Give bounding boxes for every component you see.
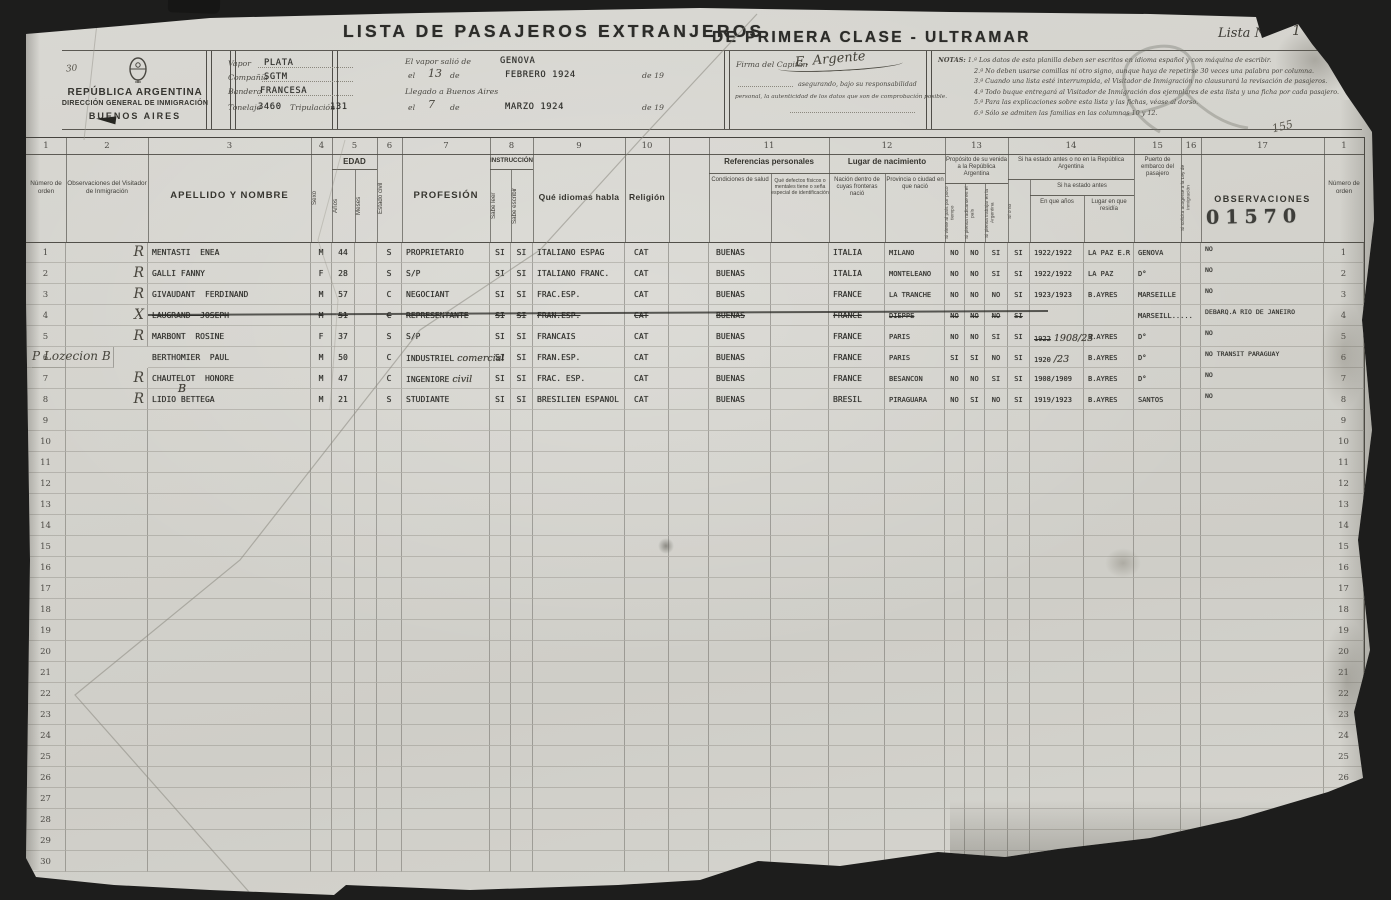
cell-name-row7: CHAUTELOT HONORE <box>148 368 311 389</box>
cell-idiomas-row18 <box>533 599 625 620</box>
cell-provincia-row12 <box>885 473 945 494</box>
cell-salud-row15 <box>709 536 771 557</box>
column-rule <box>1201 138 1202 242</box>
cell-puerto-row4: MARSEILL..... <box>1134 305 1181 326</box>
cell-prof-row11 <box>402 452 490 473</box>
cell-name-row13 <box>148 494 311 515</box>
cell-idiomas-row29 <box>533 830 625 851</box>
cell-civil-row2: S <box>377 263 402 284</box>
top-edge-tear <box>168 0 221 14</box>
cell-anios-row20 <box>1030 641 1084 662</box>
cell-obs-row3: NO <box>1201 284 1324 305</box>
cell-mark-row16 <box>66 557 148 578</box>
cell-anios-row25 <box>1030 746 1084 767</box>
handwritten-name-note: B <box>178 382 186 395</box>
cell-nacion-row29 <box>829 830 885 851</box>
cell-name-row3: GIVAUDANT FERDINAND <box>148 284 311 305</box>
cell-lugar-row18 <box>1084 599 1134 620</box>
header-si_o_no: Sí o no <box>1008 180 1030 242</box>
dotted-line <box>738 86 793 87</box>
cell-p3-row22 <box>985 683 1008 704</box>
cell-ley-row15 <box>1181 536 1201 557</box>
cell-nacion-row24 <box>829 725 885 746</box>
cell-religion-row28 <box>625 809 669 830</box>
header-puerto: Puerto de embarco del pasajero <box>1134 154 1181 242</box>
cell-anos-row15 <box>332 536 355 557</box>
header-p3: Si piensa trabajar en la Argentina <box>985 184 1008 242</box>
cell-provincia-row15 <box>885 536 945 557</box>
cell-escribir-row27 <box>511 788 533 809</box>
cell-anos-row11 <box>332 452 355 473</box>
cell-meses-row16 <box>355 557 377 578</box>
cell-p2-row14 <box>965 515 985 536</box>
cell-lugar-row15 <box>1084 536 1134 557</box>
cell-religion-row3: CAT <box>625 284 669 305</box>
cell-p2-row26 <box>965 767 985 788</box>
cell-defectos-row11 <box>771 452 829 473</box>
cell-obs-row23 <box>1201 704 1324 725</box>
cell-civil-row19 <box>377 620 402 641</box>
cell-puerto-row3: MARSEILLE <box>1134 284 1181 305</box>
cell-mark-row15 <box>66 536 148 557</box>
cell-ley-row22 <box>1181 683 1201 704</box>
cell-p3-row9 <box>985 410 1008 431</box>
dotted-line <box>790 112 915 113</box>
cell-lugar-row20 <box>1084 641 1134 662</box>
tonelaje-label: Tonelaje <box>228 103 261 112</box>
cell-obs-row14 <box>1201 515 1324 536</box>
cell-leer-row19 <box>490 620 511 641</box>
col-number: 6 <box>377 138 402 154</box>
cell-provincia-row10 <box>885 431 945 452</box>
cell-salud-row6: BUENAS <box>709 347 771 368</box>
col-number: 10 <box>625 138 669 154</box>
cell-escribir-row2: SI <box>511 263 533 284</box>
cell-gap-row12 <box>669 473 709 494</box>
cell-ley-row23 <box>1181 704 1201 725</box>
cell-lugar-row16 <box>1084 557 1134 578</box>
cell-leer-row23 <box>490 704 511 725</box>
cell-siono-row15 <box>1008 536 1030 557</box>
cell-gap-row21 <box>669 662 709 683</box>
cell-leer-row30 <box>490 851 511 872</box>
cell-gap-row26 <box>669 767 709 788</box>
cell-idiomas-row16 <box>533 557 625 578</box>
header-provincia: Provincia o ciudad en que nació <box>885 174 945 242</box>
cell-sexo-row7: M <box>311 368 332 389</box>
cell-name-row1: MENTASTI ENEA <box>148 242 311 263</box>
de-label: de <box>450 71 460 80</box>
cell-anos-row27 <box>332 788 355 809</box>
dotted-line <box>258 67 353 68</box>
cell-salud-row28 <box>709 809 771 830</box>
cell-anos-row29 <box>332 830 355 851</box>
cell-prof-row26 <box>402 767 490 788</box>
cell-ley-row7 <box>1181 368 1201 389</box>
column-rule <box>511 170 512 242</box>
cell-sexo-row11 <box>311 452 332 473</box>
cell-salud-row5: BUENAS <box>709 326 771 347</box>
cell-leer-row1: SI <box>490 242 511 263</box>
column-rule <box>1030 180 1031 242</box>
cell-mark-row20 <box>66 641 148 662</box>
col-number: 3 <box>148 138 311 154</box>
cell-provincia-row2: MONTELEANO <box>885 263 945 284</box>
salida-month: FEBRERO 1924 <box>505 70 576 80</box>
cell-siono-row22 <box>1008 683 1030 704</box>
cell-name-row18 <box>148 599 311 620</box>
cell-sexo-row29 <box>311 830 332 851</box>
cell-salud-row29 <box>709 830 771 851</box>
cell-idiomas-row9 <box>533 410 625 431</box>
cell-p2-row19 <box>965 620 985 641</box>
header-sexo: Sexo <box>311 154 332 242</box>
cell-sexo-row16 <box>311 557 332 578</box>
cell-religion-row1: CAT <box>625 242 669 263</box>
cell-name-row23 <box>148 704 311 725</box>
cell-p3-row8: NO <box>985 389 1008 410</box>
cell-leer-row21 <box>490 662 511 683</box>
cell-gap-row22 <box>669 683 709 704</box>
column-rule <box>965 184 966 242</box>
cell-p2-row3: NO <box>965 284 985 305</box>
cell-anios-row6: 1920/23 <box>1030 347 1084 368</box>
cell-p1-row22 <box>945 683 965 704</box>
cell-puerto-row30 <box>1134 851 1181 872</box>
cell-civil-row25 <box>377 746 402 767</box>
cell-anios-row21 <box>1030 662 1084 683</box>
column-rule <box>1008 138 1009 242</box>
col-number: 8 <box>490 138 533 154</box>
cell-sexo-row18 <box>311 599 332 620</box>
cell-prof-row12 <box>402 473 490 494</box>
header-idiomas: Qué idiomas habla <box>533 154 625 242</box>
cell-idiomas-row30 <box>533 851 625 872</box>
cell-civil-row4: C <box>377 305 402 326</box>
cell-p3-row7: SI <box>985 368 1008 389</box>
cell-mark-row18 <box>66 599 148 620</box>
cell-nacion-row20 <box>829 641 885 662</box>
cell-name-row14 <box>148 515 311 536</box>
column-rule <box>945 138 946 242</box>
cell-puerto-row22 <box>1134 683 1181 704</box>
cell-salud-row25 <box>709 746 771 767</box>
cell-sexo-row8: M <box>311 389 332 410</box>
notas-label: NOTAS: <box>938 56 966 64</box>
cell-anos-row18 <box>332 599 355 620</box>
cell-sexo-row25 <box>311 746 332 767</box>
cell-ley-row2 <box>1181 263 1201 284</box>
cell-p3-row24 <box>985 725 1008 746</box>
cell-prof-row6: INDUSTRIELcomercial <box>402 347 490 368</box>
col-number: 9 <box>533 138 625 154</box>
cell-sexo-row24 <box>311 725 332 746</box>
cell-mark-row5: R <box>66 326 148 347</box>
cell-lugar-row13 <box>1084 494 1134 515</box>
cell-idiomas-row12 <box>533 473 625 494</box>
cell-p1-row7: NO <box>945 368 965 389</box>
cell-salud-row24 <box>709 725 771 746</box>
cell-meses-row21 <box>355 662 377 683</box>
cell-obs-row1: NO <box>1201 242 1324 263</box>
cell-lugar-row14 <box>1084 515 1134 536</box>
cell-religion-row24 <box>625 725 669 746</box>
column-rule <box>1084 196 1085 242</box>
cell-name-row16 <box>148 557 311 578</box>
cell-ley-row9 <box>1181 410 1201 431</box>
cell-anios-row13 <box>1030 494 1084 515</box>
header-p2: Si piensa radicarse en el país <box>965 184 985 242</box>
cell-gap-row18 <box>669 599 709 620</box>
cell-p2-row4: NO <box>965 305 985 326</box>
cell-name-row27 <box>148 788 311 809</box>
divider-rule <box>724 51 730 129</box>
cell-lugar-row1: LA PAZ E.R <box>1084 242 1134 263</box>
cell-sexo-row14 <box>311 515 332 536</box>
cell-gap-row15 <box>669 536 709 557</box>
cell-idiomas-row20 <box>533 641 625 662</box>
header-estado_civil: Estado civil <box>377 154 402 242</box>
cell-civil-row20 <box>377 641 402 662</box>
cell-sexo-row2: F <box>311 263 332 284</box>
cell-anos-row12 <box>332 473 355 494</box>
cell-provincia-row7: BESANCON <box>885 368 945 389</box>
cell-civil-row8: S <box>377 389 402 410</box>
cell-obs-row2: NO <box>1201 263 1324 284</box>
cell-defectos-row10 <box>771 431 829 452</box>
column-rule <box>533 138 534 242</box>
cell-puerto-row12 <box>1134 473 1181 494</box>
cell-gap-row30 <box>669 851 709 872</box>
column-rule <box>490 138 491 242</box>
cell-puerto-row16 <box>1134 557 1181 578</box>
cell-idiomas-row2: ITALIANO FRANC. <box>533 263 625 284</box>
cell-sexo-row5: F <box>311 326 332 347</box>
cell-nacion-row15 <box>829 536 885 557</box>
cell-prof-row4: REPRESENTANTE <box>402 305 490 326</box>
cell-ley-row14 <box>1181 515 1201 536</box>
cell-gap-row29 <box>669 830 709 851</box>
cell-puerto-row25 <box>1134 746 1181 767</box>
el-label: el <box>408 71 415 80</box>
cell-meses-row18 <box>355 599 377 620</box>
cell-name-row17 <box>148 578 311 599</box>
cell-ley-row12 <box>1181 473 1201 494</box>
cell-prof-row8: STUDIANTE <box>402 389 490 410</box>
cell-defectos-row9 <box>771 410 829 431</box>
lista-number-label: Lista Nº <box>1218 26 1272 41</box>
dotted-line <box>258 95 353 96</box>
cell-anios-row11 <box>1030 452 1084 473</box>
de19-label: de 19 <box>642 71 664 80</box>
cell-religion-row2: CAT <box>625 263 669 284</box>
salida-day: 13 <box>428 67 442 80</box>
cell-siono-row24 <box>1008 725 1030 746</box>
cell-puerto-row26 <box>1134 767 1181 788</box>
cell-leer-row10 <box>490 431 511 452</box>
cell-leer-row26 <box>490 767 511 788</box>
cell-siono-row4: SI <box>1008 305 1030 326</box>
cell-salud-row16 <box>709 557 771 578</box>
cell-nacion-row21 <box>829 662 885 683</box>
cell-p3-row11 <box>985 452 1008 473</box>
col-number: 14 <box>1008 138 1134 154</box>
cell-puerto-row14 <box>1134 515 1181 536</box>
cell-defectos-row14 <box>771 515 829 536</box>
cell-p2-row17 <box>965 578 985 599</box>
cell-p1-row10 <box>945 431 965 452</box>
cell-n-row27: 27 <box>1324 788 1364 809</box>
cell-anios-row1: 1922/1922 <box>1030 242 1084 263</box>
document-subtitle: DE PRIMERA CLASE - ULTRAMAR <box>712 29 1031 47</box>
cell-escribir-row15 <box>511 536 533 557</box>
cell-p1-row1: NO <box>945 242 965 263</box>
cell-name-row22 <box>148 683 311 704</box>
cell-escribir-row14 <box>511 515 533 536</box>
cell-leer-row24 <box>490 725 511 746</box>
cell-p3-row23 <box>985 704 1008 725</box>
cell-obs-row25 <box>1201 746 1324 767</box>
cell-ley-row3 <box>1181 284 1201 305</box>
column-rule <box>311 138 312 242</box>
cell-escribir-row22 <box>511 683 533 704</box>
cell-anos-row1: 44 <box>332 242 355 263</box>
cell-p3-row3: NO <box>985 284 1008 305</box>
cell-nacion-row26 <box>829 767 885 788</box>
cell-sexo-row1: M <box>311 242 332 263</box>
cell-lugar-row8: B.AYRES <box>1084 389 1134 410</box>
cell-idiomas-row17 <box>533 578 625 599</box>
cell-p1-row4: NO <box>945 305 965 326</box>
cell-ley-row18 <box>1181 599 1201 620</box>
cell-prof-row7: INGENIOREcivil <box>402 368 490 389</box>
header-en_que_anos: En que años <box>1030 196 1084 242</box>
cell-defectos-row21 <box>771 662 829 683</box>
cell-ley-row26 <box>1181 767 1201 788</box>
cell-p2-row24 <box>965 725 985 746</box>
cell-p2-row13 <box>965 494 985 515</box>
cell-provincia-row30 <box>885 851 945 872</box>
cell-defectos-row23 <box>771 704 829 725</box>
cell-anos-row9 <box>332 410 355 431</box>
llegada-month: MARZO 1924 <box>505 102 564 112</box>
cell-meses-row20 <box>355 641 377 662</box>
cell-sexo-row26 <box>311 767 332 788</box>
cell-gap-row13 <box>669 494 709 515</box>
cell-meses-row11 <box>355 452 377 473</box>
cell-mark-row24 <box>66 725 148 746</box>
col-number: 7 <box>402 138 490 154</box>
cell-civil-row24 <box>377 725 402 746</box>
cell-anios-row3: 1923/1923 <box>1030 284 1084 305</box>
cell-religion-row18 <box>625 599 669 620</box>
cell-salud-row13 <box>709 494 771 515</box>
cell-provincia-row17 <box>885 578 945 599</box>
cell-provincia-row13 <box>885 494 945 515</box>
cell-salud-row3: BUENAS <box>709 284 771 305</box>
cell-escribir-row8: SI <box>511 389 533 410</box>
de-label2: de <box>450 103 460 112</box>
cell-p1-row11 <box>945 452 965 473</box>
cell-mark-row17 <box>66 578 148 599</box>
cell-obs-row21 <box>1201 662 1324 683</box>
cell-meses-row24 <box>355 725 377 746</box>
cell-civil-row29 <box>377 830 402 851</box>
handwritten-years: /23 <box>1054 354 1069 365</box>
column-rule <box>885 174 886 242</box>
cell-gap-row20 <box>669 641 709 662</box>
cell-religion-row30 <box>625 851 669 872</box>
cell-p2-row11 <box>965 452 985 473</box>
cell-civil-row1: S <box>377 242 402 263</box>
cell-lugar-row11 <box>1084 452 1134 473</box>
cell-escribir-row9 <box>511 410 533 431</box>
cell-lugar-row7: B.AYRES <box>1084 368 1134 389</box>
cell-obs-row10 <box>1201 431 1324 452</box>
cell-name-row19 <box>148 620 311 641</box>
column-rule <box>148 138 149 242</box>
cell-idiomas-row13 <box>533 494 625 515</box>
cell-p3-row2: SI <box>985 263 1008 284</box>
cell-anios-row18 <box>1030 599 1084 620</box>
cell-leer-row29 <box>490 830 511 851</box>
cell-idiomas-row15 <box>533 536 625 557</box>
cell-religion-row17 <box>625 578 669 599</box>
cell-civil-row22 <box>377 683 402 704</box>
cell-prof-row10 <box>402 431 490 452</box>
cell-civil-row6: C <box>377 347 402 368</box>
cell-p1-row24 <box>945 725 965 746</box>
cell-escribir-row6: SI <box>511 347 533 368</box>
cell-obs-row4: DEBARQ.A RIO DE JANEIRO <box>1201 305 1324 326</box>
cell-defectos-row2 <box>771 263 829 284</box>
cell-prof-row5: S/P <box>402 326 490 347</box>
cell-prof-row17 <box>402 578 490 599</box>
cell-p2-row23 <box>965 704 985 725</box>
cell-lugar-row24 <box>1084 725 1134 746</box>
cell-anos-row20 <box>332 641 355 662</box>
cell-anios-row30 <box>1030 851 1084 872</box>
cell-provincia-row20 <box>885 641 945 662</box>
cell-defectos-row1 <box>771 242 829 263</box>
cell-prof-row29 <box>402 830 490 851</box>
cell-lugar-row21 <box>1084 662 1134 683</box>
cell-puerto-row19 <box>1134 620 1181 641</box>
cell-anios-row7: 1908/1909 <box>1030 368 1084 389</box>
cell-p3-row13 <box>985 494 1008 515</box>
cell-lugar-row10 <box>1084 431 1134 452</box>
cell-anos-row2: 28 <box>332 263 355 284</box>
cell-escribir-row16 <box>511 557 533 578</box>
cell-puerto-row11 <box>1134 452 1181 473</box>
cell-leer-row27 <box>490 788 511 809</box>
cell-p2-row5: NO <box>965 326 985 347</box>
cell-p3-row25 <box>985 746 1008 767</box>
cell-p1-row13 <box>945 494 965 515</box>
cell-civil-row15 <box>377 536 402 557</box>
cell-name-row11 <box>148 452 311 473</box>
cell-lugar-row2: LA PAZ <box>1084 263 1134 284</box>
cell-anos-row26 <box>332 767 355 788</box>
cell-prof-row24 <box>402 725 490 746</box>
cell-p1-row8: NO <box>945 389 965 410</box>
paper-sheet: LISTA DE PASAJEROS EXTRANJEROS DE PRIMER… <box>0 0 1391 900</box>
cell-gap-row16 <box>669 557 709 578</box>
cell-siono-row23 <box>1008 704 1030 725</box>
cell-escribir-row26 <box>511 767 533 788</box>
cell-religion-row13 <box>625 494 669 515</box>
cell-puerto-row21 <box>1134 662 1181 683</box>
